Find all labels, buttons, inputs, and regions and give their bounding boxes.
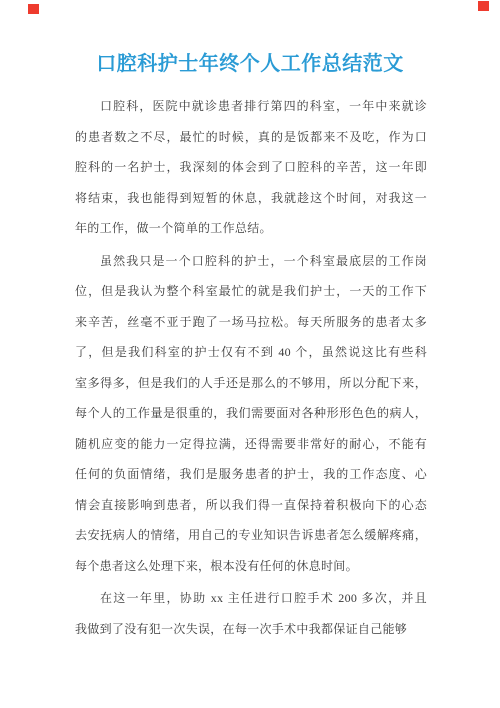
text-line: 室多得多，但是我们的人手还是那么的不够用，所以分配下来， [75, 368, 427, 399]
document-page: 口腔科护士年终个人工作总结范文 口腔科，医院中就诊患者排行第四的科室，一年中来就… [0, 0, 500, 708]
red-square-marker-left [28, 4, 39, 14]
text-line: 了，但是我们科室的护士仅有不到 40 个，虽然说这比有些科 [75, 337, 427, 368]
paragraph: 口腔科，医院中就诊患者排行第四的科室，一年中来就诊的患者数之不尽，最忙的时候，真… [75, 91, 427, 244]
text-line: 口腔科，医院中就诊患者排行第四的科室，一年中来就诊 [75, 91, 427, 122]
text-line: 我做到了没有犯一次失误，在每一次手术中我都保证自己能够 [75, 614, 427, 645]
text-line: 每个人的工作量是很重的，我们需要面对各种形形色色的病人， [75, 398, 427, 429]
text-line: 的患者数之不尽，最忙的时候，真的是饭都来不及吃，作为口 [75, 122, 427, 153]
text-line: 年的工作，做一个简单的工作总结。 [75, 213, 427, 244]
document-body: 口腔科，医院中就诊患者排行第四的科室，一年中来就诊的患者数之不尽，最忙的时候，真… [0, 91, 500, 644]
text-line: 将结束，我也能得到短暂的休息，我就趁这个时间，对我这一 [75, 183, 427, 214]
text-line: 每个患者这么处理下来，根本没有任何的休息时间。 [75, 551, 427, 582]
page-title: 口腔科护士年终个人工作总结范文 [0, 51, 500, 77]
paragraph: 在这一年里，协助 xx 主任进行口腔手术 200 多次，并且我做到了没有犯一次失… [75, 583, 427, 644]
text-line: 虽然我只是一个口腔科的护士，一个科室最底层的工作岗 [75, 246, 427, 277]
text-line: 去安抚病人的情绪，用自己的专业知识告诉患者怎么缓解疼痛， [75, 520, 427, 551]
text-line: 随机应变的能力一定得拉满，还得需要非常好的耐心，不能有 [75, 429, 427, 460]
text-line: 任何的负面情绪，我们是服务患者的护士，我的工作态度、心 [75, 459, 427, 490]
text-line: 情会直接影响到患者，所以我们得一直保持着积极向下的心态 [75, 490, 427, 521]
paragraph: 虽然我只是一个口腔科的护士，一个科室最底层的工作岗位，但是我认为整个科室最忙的就… [75, 246, 427, 582]
text-line: 来辛苦，丝毫不亚于跑了一场马拉松。每天所服务的患者太多 [75, 307, 427, 338]
text-line: 位，但是我认为整个科室最忙的就是我们护士，一天的工作下 [75, 276, 427, 307]
red-square-marker-right [478, 1, 489, 11]
text-line: 腔科的一名护士，我深刻的体会到了口腔科的辛苦，这一年即 [75, 152, 427, 183]
text-line: 在这一年里，协助 xx 主任进行口腔手术 200 多次，并且 [75, 583, 427, 614]
